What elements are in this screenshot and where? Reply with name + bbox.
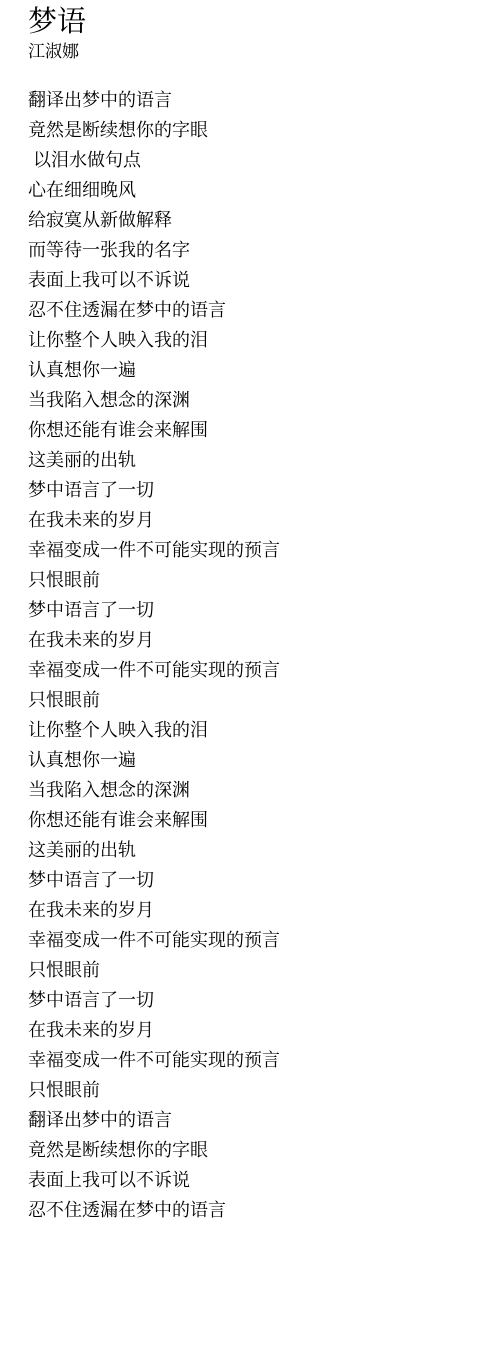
- lyric-line: 幸福变成一件不可能实现的预言: [28, 1045, 480, 1075]
- lyric-line: 忍不住透漏在梦中的语言: [28, 295, 480, 325]
- lyric-line: 只恨眼前: [28, 565, 480, 595]
- lyric-line: 当我陷入想念的深渊: [28, 775, 480, 805]
- lyric-line: 在我未来的岁月: [28, 1015, 480, 1045]
- lyric-line: 竟然是断续想你的字眼: [28, 115, 480, 145]
- lyric-line: 在我未来的岁月: [28, 505, 480, 535]
- lyric-line: 只恨眼前: [28, 955, 480, 985]
- lyrics: 翻译出梦中的语言竟然是断续想你的字眼 以泪水做句点心在细细晚风给寂寞从新做解释而…: [28, 85, 480, 1225]
- lyric-line: 忍不住透漏在梦中的语言: [28, 1195, 480, 1225]
- lyric-line: 竟然是断续想你的字眼: [28, 1135, 480, 1165]
- lyric-line: 梦中语言了一切: [28, 985, 480, 1015]
- lyric-line: 认真想你一遍: [28, 355, 480, 385]
- lyric-line: 以泪水做句点: [28, 145, 480, 175]
- lyric-line: 在我未来的岁月: [28, 895, 480, 925]
- song-title: 梦语: [28, 4, 480, 41]
- artist-name: 江淑娜: [28, 41, 480, 63]
- lyric-line: 而等待一张我的名字: [28, 235, 480, 265]
- lyric-line: 让你整个人映入我的泪: [28, 715, 480, 745]
- lyric-line: 幸福变成一件不可能实现的预言: [28, 535, 480, 565]
- lyric-line: 梦中语言了一切: [28, 595, 480, 625]
- lyric-line: 只恨眼前: [28, 1075, 480, 1105]
- lyric-line: 翻译出梦中的语言: [28, 1105, 480, 1135]
- lyric-line: 这美丽的出轨: [28, 445, 480, 475]
- lyric-line: 你想还能有谁会来解围: [28, 805, 480, 835]
- lyric-line: 表面上我可以不诉说: [28, 1165, 480, 1195]
- lyric-line: 幸福变成一件不可能实现的预言: [28, 925, 480, 955]
- lyric-line: 翻译出梦中的语言: [28, 85, 480, 115]
- lyric-line: 你想还能有谁会来解围: [28, 415, 480, 445]
- lyric-line: 只恨眼前: [28, 685, 480, 715]
- lyrics-page: 梦语 江淑娜 翻译出梦中的语言竟然是断续想你的字眼 以泪水做句点心在细细晚风给寂…: [0, 0, 500, 1360]
- lyric-line: 认真想你一遍: [28, 745, 480, 775]
- lyric-line: 让你整个人映入我的泪: [28, 325, 480, 355]
- lyric-line: 给寂寞从新做解释: [28, 205, 480, 235]
- lyric-line: 表面上我可以不诉说: [28, 265, 480, 295]
- lyric-line: 这美丽的出轨: [28, 835, 480, 865]
- lyric-line: 心在细细晚风: [28, 175, 480, 205]
- lyric-line: 幸福变成一件不可能实现的预言: [28, 655, 480, 685]
- lyric-line: 梦中语言了一切: [28, 475, 480, 505]
- lyric-line: 梦中语言了一切: [28, 865, 480, 895]
- lyric-line: 当我陷入想念的深渊: [28, 385, 480, 415]
- lyric-line: 在我未来的岁月: [28, 625, 480, 655]
